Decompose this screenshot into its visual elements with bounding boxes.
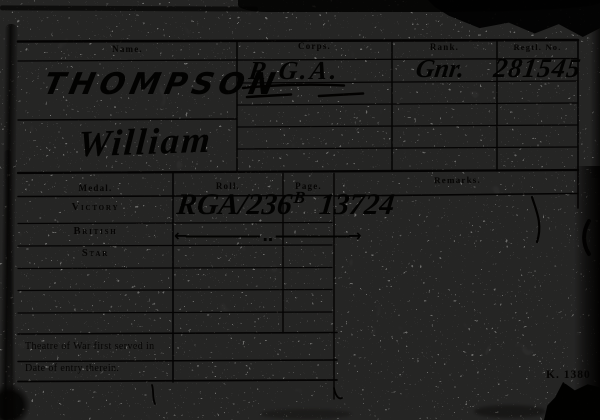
remarks-pen-stroke xyxy=(532,197,539,242)
line-end-hook-mark xyxy=(334,388,342,398)
theatre-of-war-label: Theatre of War first served in xyxy=(25,342,155,352)
bottom-left-blob xyxy=(0,384,30,420)
roll-suffix-handwritten: B xyxy=(293,188,306,207)
medal-column-header: Medal. xyxy=(18,184,173,193)
right-edge-band xyxy=(574,166,600,420)
page-number-handwritten: 13724 xyxy=(318,188,396,221)
right-edge-strip-upper xyxy=(590,28,600,178)
corps-ditto-dash-right xyxy=(319,94,363,97)
regtl-no-handwritten: 281545 xyxy=(492,55,583,82)
rank-handwritten: Gnr. xyxy=(414,56,466,82)
corps-handwritten: R.G.A. xyxy=(247,58,342,84)
bottom-right-corner-blob xyxy=(544,382,600,420)
name-column-header: Name. xyxy=(18,45,237,54)
surname-handwritten: THOMPSON xyxy=(41,70,283,100)
corps-column-header: Corps. xyxy=(237,42,392,51)
bottom-smudge-1 xyxy=(260,409,352,419)
medal-row-label-star: Star xyxy=(18,249,173,260)
medal-row-label-british: British xyxy=(18,227,173,238)
small-pen-mark xyxy=(152,385,155,404)
forename-handwritten: William xyxy=(77,122,213,164)
top-edge-streak-thin xyxy=(0,5,258,11)
medal-row-label-victory: Victory xyxy=(18,203,173,214)
remarks-column-header: Remarks. xyxy=(337,175,578,187)
top-right-scan-blob xyxy=(428,0,600,39)
roll-page-handwritten: RGA/236B13724 xyxy=(175,190,396,220)
roll-number-handwritten: RGA/236 xyxy=(175,188,293,221)
ditto-arrow-mark: ←――――― ‥ ―――――→ xyxy=(174,228,360,244)
rank-column-header: Rank. xyxy=(392,43,497,52)
regtl-no-column-header: Regtl. No. xyxy=(497,43,578,52)
bottom-smudge-2 xyxy=(474,405,546,418)
date-of-entry-label: Date of entry therein. xyxy=(25,364,119,374)
medal-index-card-scan: Name. Corps. Rank. Regtl. No. Medal. Rol… xyxy=(0,0,600,420)
